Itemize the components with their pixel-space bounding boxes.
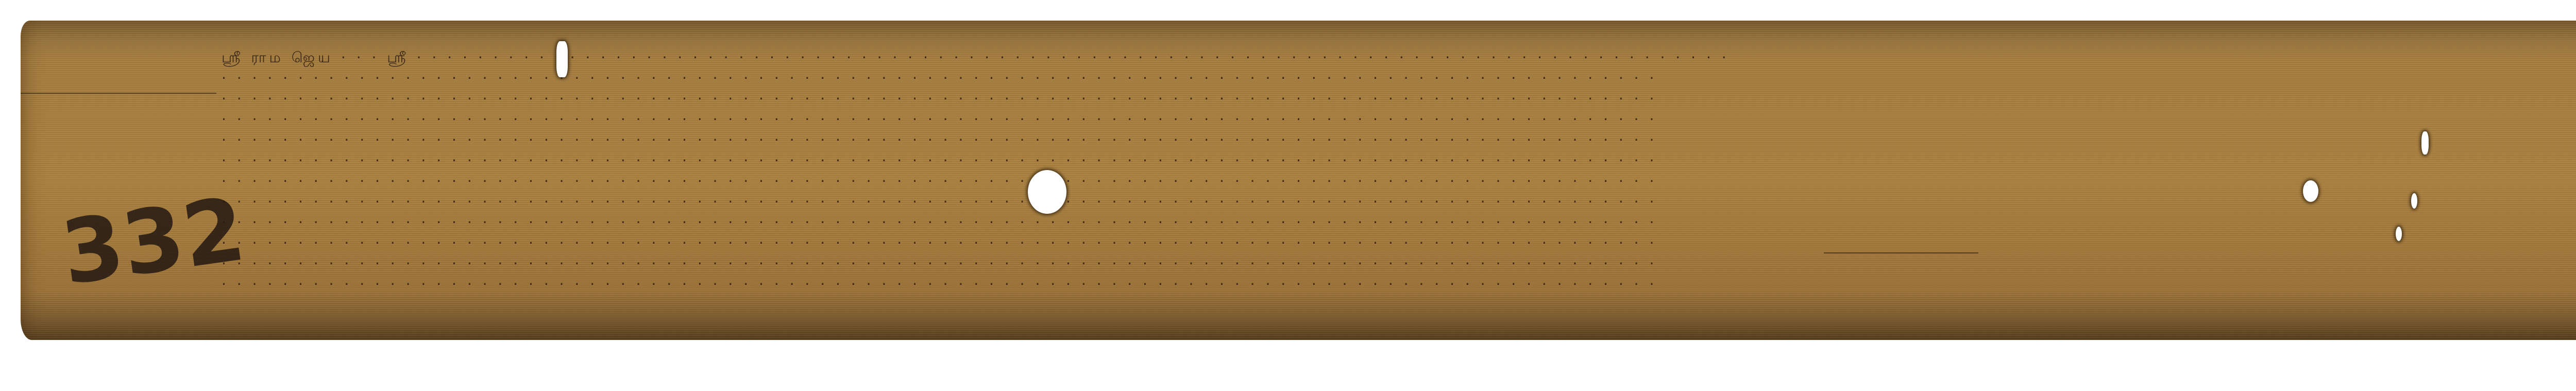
damage-hole (2411, 193, 2417, 209)
damage-hole (2396, 227, 2402, 241)
text-line: · · · · · · · · · · · · · · · · · · · · … (222, 276, 2576, 294)
text-line: · · · · · · · · · · · · · · · · · · · · … (222, 70, 2576, 88)
text-line: · · · · · · · · · · · · · · · · · · · · … (222, 131, 2576, 150)
text-line: ஸ்ரீ ராம ஜெய · · · ஸ்ரீ · · · · · · · · … (222, 49, 2576, 67)
text-line: · · · · · · · · · · · · · · · · · · · · … (222, 255, 2576, 274)
string-hole-left (1028, 170, 1066, 214)
text-line: · · · · · · · · · · · · · · · · · · · · … (222, 193, 2576, 212)
manuscript-text-block: ஸ்ரீ ராம ஜெய · · · ஸ்ரீ · · · · · · · · … (222, 49, 2576, 296)
string-hole-right (2303, 180, 2318, 202)
damage-hole (556, 41, 568, 77)
text-line: · · · · · · · · · · · · · · · · · · · · … (222, 214, 2576, 232)
text-line: · · · · · · · · · · · · · · · · · · · · … (222, 152, 2576, 171)
ruled-line (21, 93, 216, 94)
text-line: · · · · · · · · · · · · · · · · · · · · … (222, 111, 2576, 129)
text-line: · · · · · · · · · · · · · · · · · · · · … (222, 90, 2576, 109)
text-line: · · · · · · · · · · · · · · · · · · · · … (222, 173, 2576, 191)
palm-leaf: ஸ்ரீ ராம ஜெய · · · ஸ்ரீ · · · · · · · · … (21, 21, 2576, 340)
text-line: · · · · · · · · · · · · · · · · · · · · … (222, 234, 2576, 253)
ruled-line (1824, 252, 1978, 253)
damage-hole (2421, 131, 2429, 155)
